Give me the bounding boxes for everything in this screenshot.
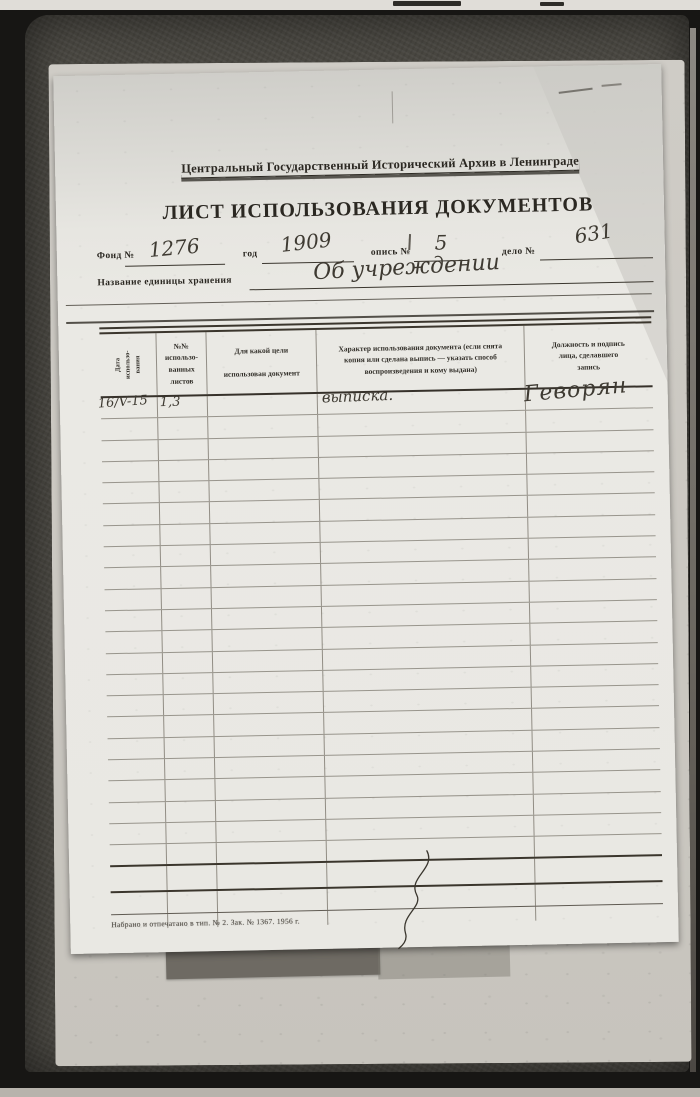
photo-bottom-edge [0, 1088, 700, 1097]
table-cell [326, 794, 534, 818]
table-cell [535, 856, 662, 883]
table-cell [162, 609, 212, 630]
table-cell [109, 802, 166, 823]
table-cell [322, 624, 530, 648]
table-cell [536, 882, 663, 906]
table-cell [108, 738, 165, 759]
table-cell [214, 692, 324, 715]
table-cell [165, 779, 215, 800]
photo-edge-mark [540, 2, 564, 6]
table-cell [528, 494, 655, 517]
table-cell [531, 643, 658, 666]
table-cell [319, 432, 527, 456]
table-cell [163, 652, 213, 673]
page-title: ЛИСТ ИСПОЛЬЗОВАНИЯ ДОКУМЕНТОВ [56, 192, 664, 227]
table-cell [217, 862, 327, 888]
table-cell [322, 603, 530, 627]
archive-name: Центральный Государственный Исторический… [55, 152, 663, 179]
table-cell [532, 707, 659, 730]
opis-value: 5 [434, 230, 447, 254]
delo-label: дело № [502, 247, 536, 258]
table-cell [162, 588, 212, 609]
fond-label: Фонд № [97, 251, 135, 262]
table-cell [208, 394, 318, 417]
table-cell [218, 888, 328, 911]
table-cell [166, 801, 216, 822]
table-cell [168, 891, 218, 913]
table-cell [526, 409, 653, 432]
table-cell [527, 472, 654, 495]
delo-value: 631 [573, 218, 615, 248]
table-cell [326, 816, 534, 840]
usage-table-rows [101, 387, 663, 915]
table-cell [529, 579, 656, 602]
table-header-sheets: №№ использо- ванных листов [156, 332, 207, 395]
ink-squiggle [387, 849, 439, 950]
table-cell [160, 524, 210, 545]
table-cell [526, 430, 653, 453]
table-cell [530, 621, 657, 644]
table-cell [161, 545, 211, 566]
table-cell [325, 752, 533, 776]
table-cell [533, 749, 660, 772]
table-cell [158, 417, 208, 438]
table-cell [534, 792, 661, 815]
table-cell [323, 667, 531, 691]
year-label: год [243, 249, 258, 259]
table-cell [530, 600, 657, 623]
table-cell [108, 759, 165, 780]
table-cell [105, 589, 162, 610]
table-cell [324, 709, 532, 733]
table-cell [320, 496, 528, 520]
book-spine-edge [690, 28, 696, 1072]
table-cell [209, 479, 319, 502]
table-header-date: Дата использо- вания [99, 333, 157, 396]
table-cell [107, 717, 164, 738]
photo-top-edge [0, 0, 700, 10]
table-cell [209, 458, 319, 481]
table-cell [215, 735, 325, 758]
table-cell [527, 451, 654, 474]
table-cell [208, 415, 318, 438]
table-cell [167, 865, 217, 890]
table-cell [103, 504, 160, 525]
table-cell [532, 728, 659, 751]
table-cell [536, 904, 663, 921]
photo-of-archive-book: { "colors": { "page": "#e9e8e3", "cover"… [0, 0, 700, 1097]
table-cell [159, 439, 209, 460]
usage-table: Дата использо- вания №№ использо- ванных… [99, 316, 663, 928]
table-cell [535, 834, 662, 856]
table-cell [318, 411, 526, 435]
table-cell [108, 780, 165, 801]
table-cell [164, 716, 214, 737]
table-cell [210, 522, 320, 545]
table-cell [529, 558, 656, 581]
table-cell [161, 566, 211, 587]
fond-underline [125, 264, 225, 267]
entry-sheets: 1,3 [160, 395, 181, 410]
blank-rule [66, 293, 652, 306]
table-cell [531, 664, 658, 687]
storage-unit-label: Название единицы хранения [97, 276, 232, 289]
table-cell [162, 630, 212, 651]
table-cell [323, 645, 531, 669]
table-cell [319, 454, 527, 478]
table-cell [110, 866, 167, 891]
table-cell [534, 813, 661, 836]
table-cell [111, 892, 168, 914]
table-cell [209, 437, 319, 460]
table-cell [216, 820, 326, 843]
table-cell [321, 539, 529, 563]
table-cell [215, 756, 325, 779]
year-value: 1909 [279, 227, 332, 256]
table-cell [320, 518, 528, 542]
table-cell [211, 543, 321, 566]
table-cell [529, 536, 656, 559]
table-header-character: Характер использования документа (если с… [316, 326, 525, 392]
table-header-purpose: Для какой цели использован документ [206, 330, 317, 394]
table-header-date-label: Дата использо- вания [113, 335, 143, 394]
table-cell [102, 461, 159, 482]
photo-edge-mark [393, 1, 461, 6]
storage-unit-value: Об учреждении [313, 250, 501, 285]
table-cell [107, 695, 164, 716]
paper-crease [392, 91, 394, 123]
table-cell [103, 525, 160, 546]
table-cell [533, 770, 660, 793]
table-cell [322, 581, 530, 605]
table-cell [213, 649, 323, 672]
table-cell [165, 758, 215, 779]
table-cell [159, 481, 209, 502]
table-cell [102, 482, 159, 503]
table-cell [528, 515, 655, 538]
table-cell [325, 773, 533, 797]
table-cell [319, 475, 527, 499]
table-cell [532, 685, 659, 708]
table-cell [102, 440, 159, 461]
storage-unit-underline [250, 281, 654, 290]
table-cell [166, 822, 216, 843]
fond-value: 1276 [148, 234, 201, 262]
table-cell [213, 671, 323, 694]
table-cell [105, 631, 162, 652]
table-cell [165, 737, 215, 758]
table-cell [324, 688, 532, 712]
table-cell [215, 777, 325, 800]
table-cell [101, 418, 158, 439]
usage-sheet-page: Центральный Государственный Исторический… [53, 64, 678, 954]
table-cell [216, 799, 326, 822]
archive-name-text: Центральный Государственный Исторический… [181, 154, 579, 179]
table-cell [167, 843, 217, 863]
table-cell [109, 823, 166, 844]
table-cell [212, 586, 322, 609]
entry-character: выписка. [321, 386, 393, 407]
table-cell [210, 500, 320, 523]
table-cell [214, 713, 324, 736]
table-cell [164, 694, 214, 715]
table-cell [217, 841, 327, 863]
table-cell [212, 628, 322, 651]
gray-tab-shadow [378, 945, 511, 980]
table-cell [105, 610, 162, 631]
table-cell [110, 844, 167, 864]
table-cell [325, 730, 533, 754]
table-cell [106, 653, 163, 674]
table-cell [163, 673, 213, 694]
table-cell [104, 546, 161, 567]
table-cell [211, 564, 321, 587]
table-cell [159, 460, 209, 481]
table-cell [321, 560, 529, 584]
table-cell [160, 503, 210, 524]
table-cell [104, 567, 161, 588]
table-cell [212, 607, 322, 630]
table-cell [106, 674, 163, 695]
